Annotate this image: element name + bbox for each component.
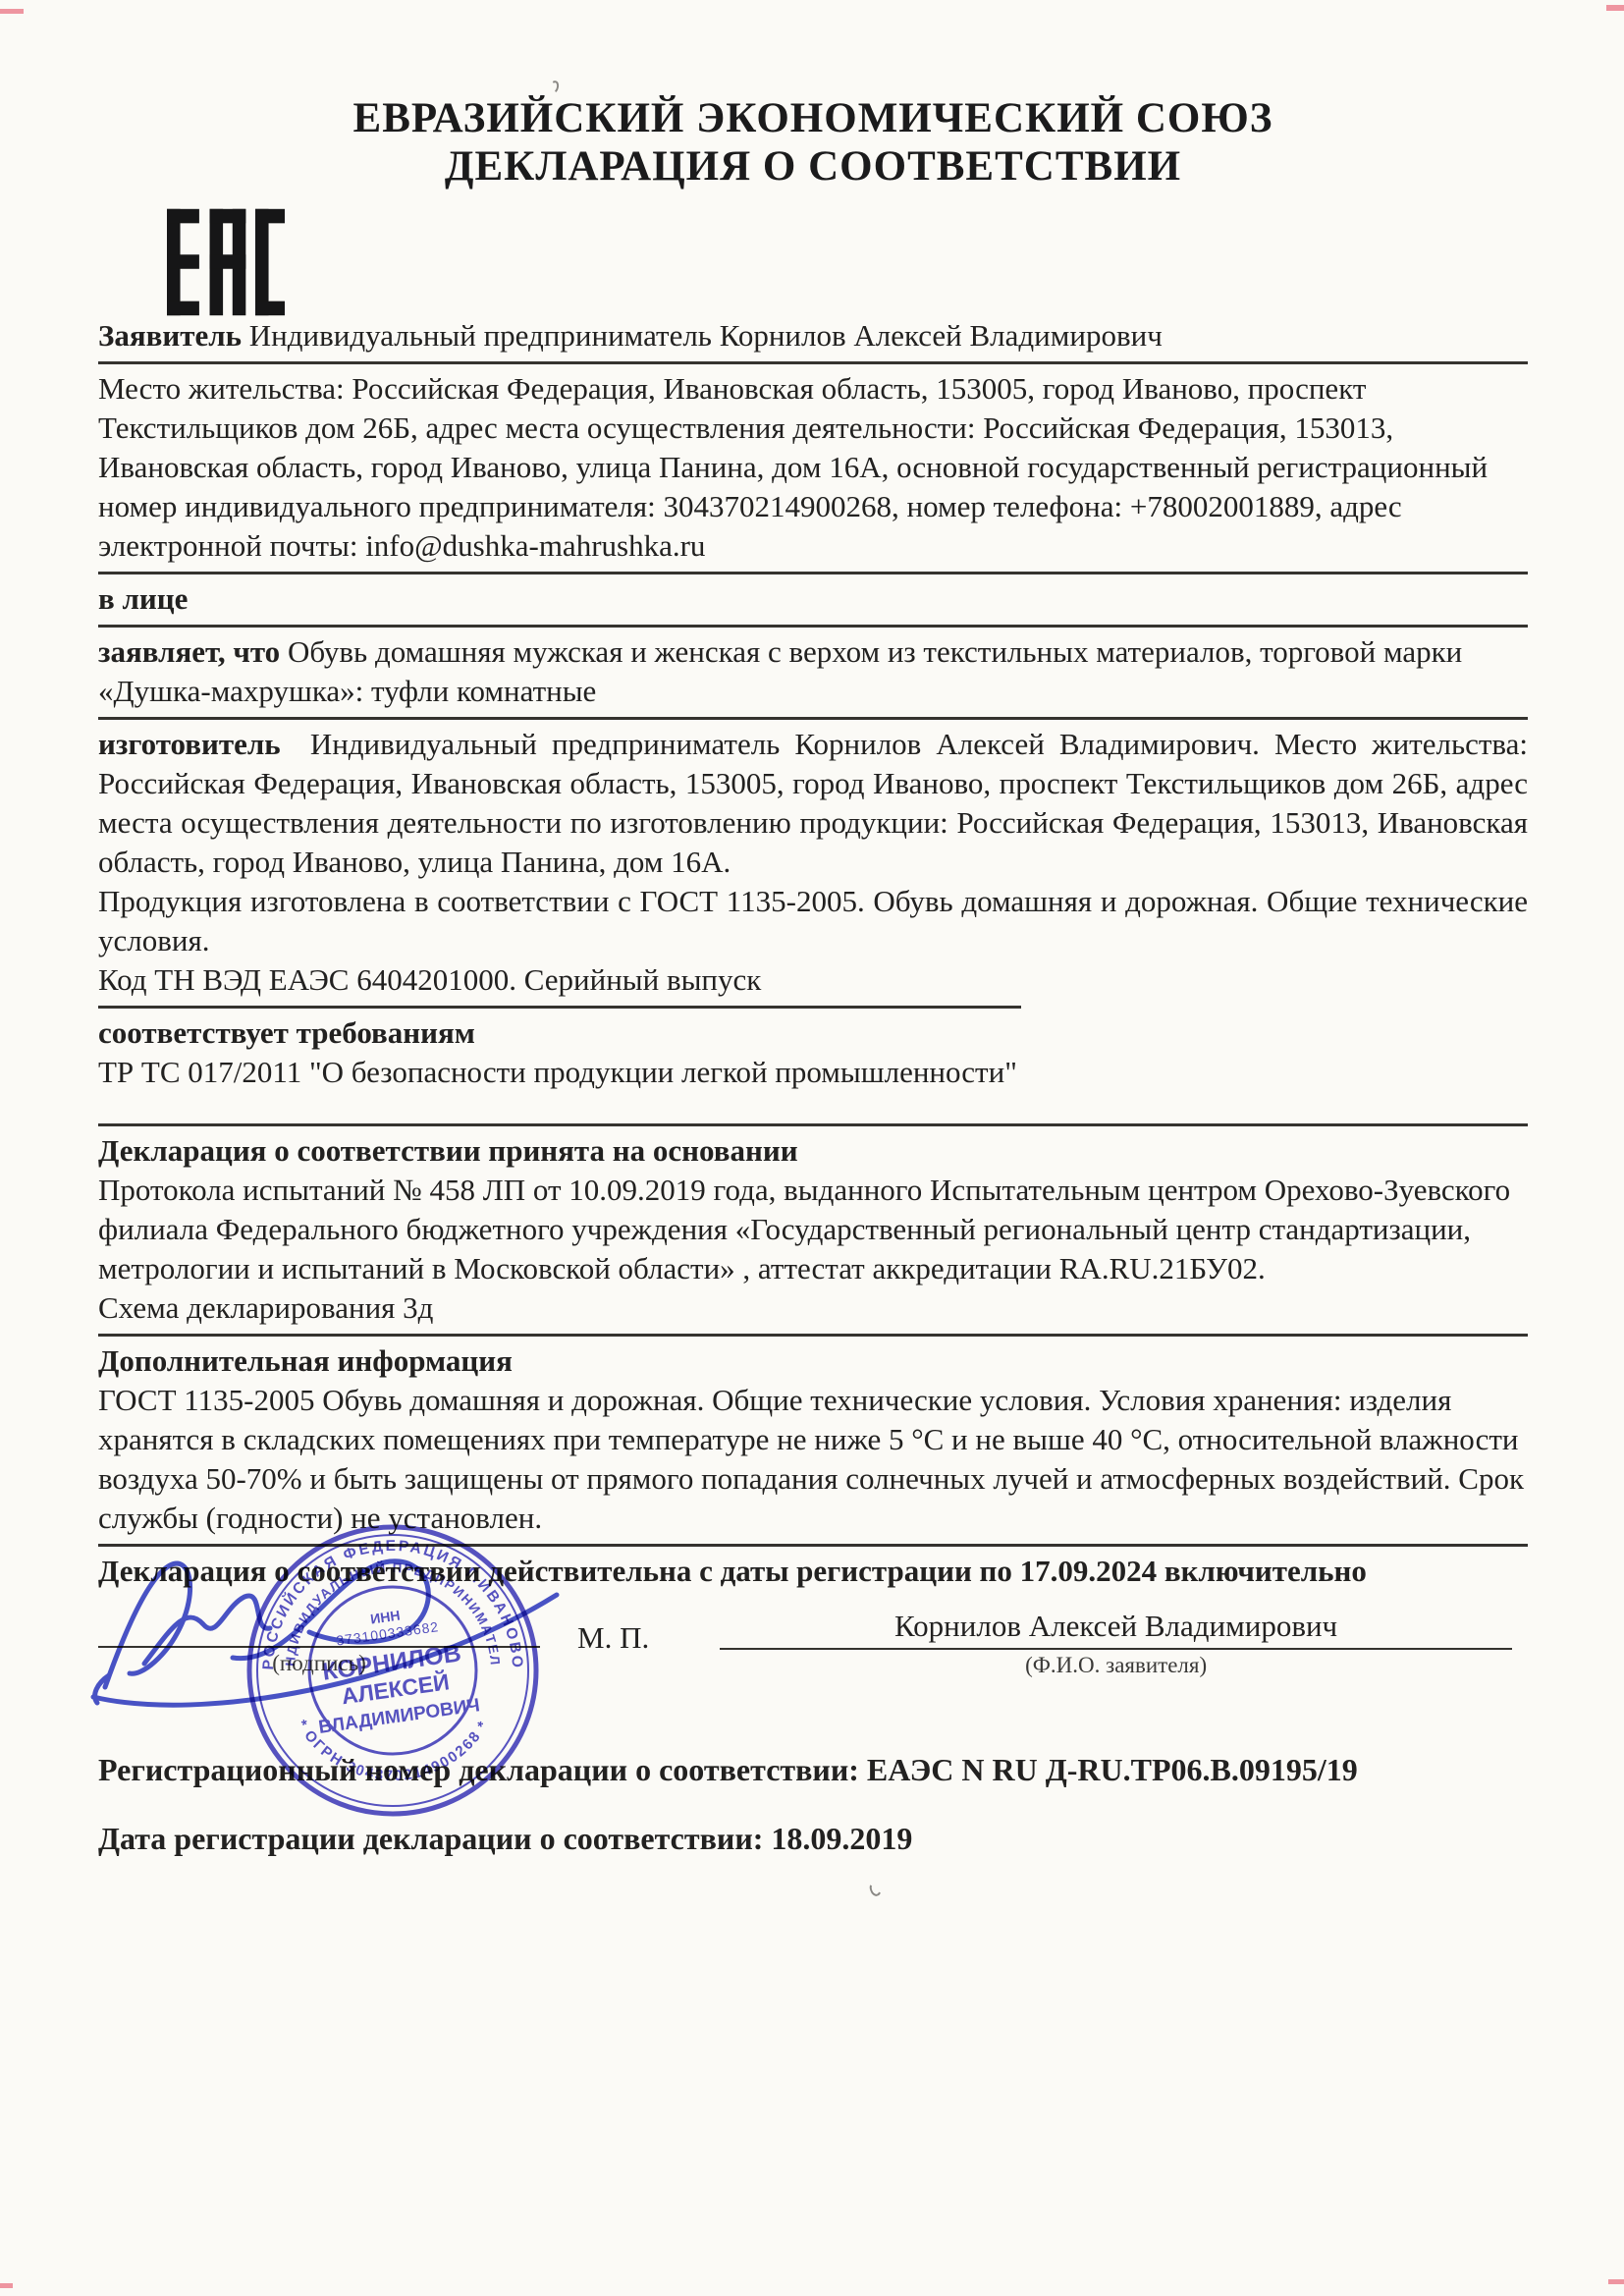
declares-value: Обувь домашняя мужская и женская с верхо… <box>98 634 1462 708</box>
eac-mark-logo <box>167 208 285 316</box>
scan-mark <box>1608 2279 1624 2284</box>
applicant-name-caption: (Ф.И.О. заявителя) <box>720 1653 1512 1678</box>
declaration-document-page: ЕВРАЗИЙСКИЙ ЭКОНОМИЧЕСКИЙ СОЮЗ ДЕКЛАРАЦИ… <box>0 0 1624 2296</box>
divider <box>98 1123 1528 1126</box>
document-title: ЕВРАЗИЙСКИЙ ЭКОНОМИЧЕСКИЙ СОЮЗ ДЕКЛАРАЦИ… <box>98 94 1528 191</box>
complies-value: ТР ТС 017/2011 "О безопасности продукции… <box>98 1053 1528 1092</box>
registration-block: Регистрационный номер декларации о соотв… <box>98 1751 1528 1858</box>
divider <box>98 572 1528 574</box>
applicant-value: Индивидуальный предприниматель Корнилов … <box>249 318 1163 353</box>
manufacturer-label: изготовитель <box>98 727 281 761</box>
eac-mark-icon <box>167 208 285 316</box>
divider <box>98 1006 1021 1009</box>
title-union: ЕВРАЗИЙСКИЙ ЭКОНОМИЧЕСКИЙ СОЮЗ <box>98 94 1528 142</box>
scan-artifact <box>549 80 561 94</box>
manufacturer-value: Индивидуальный предприниматель Корнилов … <box>98 727 1528 879</box>
tnved-code-line: Код ТН ВЭД ЕАЭС 6404201000. Серийный вып… <box>98 960 1528 1000</box>
signature-caption: (подпись) <box>98 1651 540 1676</box>
divider <box>98 717 1528 720</box>
production-gost-line: Продукция изготовлена в соответствии с Г… <box>98 882 1528 960</box>
title-declaration: ДЕКЛАРАЦИЯ О СООТВЕТСТВИИ <box>98 142 1528 191</box>
additional-info-label: Дополнительная информация <box>98 1341 1528 1381</box>
declares-paragraph: заявляет, что Обувь домашняя мужская и ж… <box>98 632 1528 711</box>
basis-label: Декларация о соответствии принята на осн… <box>98 1131 1528 1171</box>
manufacturer-paragraph: изготовитель Индивидуальный предпринимат… <box>98 725 1528 882</box>
declares-label: заявляет, что <box>98 634 280 669</box>
divider <box>98 1334 1528 1337</box>
applicant-label: Заявитель <box>98 318 242 353</box>
in-person-label: в лице <box>98 579 1528 619</box>
applicant-name: Корнилов Алексей Владимирович <box>720 1607 1512 1650</box>
divider <box>98 1544 1528 1547</box>
spacer <box>98 1092 1528 1118</box>
scan-mark <box>0 2283 13 2288</box>
registration-date-line: Дата регистрации декларации о соответств… <box>98 1820 1528 1857</box>
residence-paragraph: Место жительства: Российская Федерация, … <box>98 369 1528 566</box>
stamp-place-label: М. П. <box>577 1620 649 1656</box>
signature-block: (подпись) М. П. Корнилов Алексей Владими… <box>98 1607 1528 1678</box>
signature-line <box>98 1607 540 1648</box>
divider <box>98 361 1528 364</box>
declaration-scheme-line: Схема декларирования 3д <box>98 1288 1528 1328</box>
complies-label: соответствует требованиям <box>98 1013 1528 1053</box>
additional-info-paragraph: ГОСТ 1135-2005 Обувь домашняя и дорожная… <box>98 1381 1528 1538</box>
validity-line: Декларация о соответствии действительна … <box>98 1552 1528 1591</box>
registration-number-line: Регистрационный номер декларации о соотв… <box>98 1751 1528 1788</box>
basis-paragraph: Протокола испытаний № 458 ЛП от 10.09.20… <box>98 1171 1528 1288</box>
applicant-name-field: Корнилов Алексей Владимирович (Ф.И.О. за… <box>720 1607 1512 1678</box>
divider <box>98 625 1528 628</box>
stamp-name-line3: ВЛАДИМИРОВИЧ <box>317 1695 481 1738</box>
applicant-row: Заявитель Индивидуальный предприниматель… <box>98 316 1528 355</box>
signature-field: (подпись) <box>98 1607 540 1676</box>
scan-mark <box>0 9 24 14</box>
scan-mark <box>1606 5 1624 11</box>
